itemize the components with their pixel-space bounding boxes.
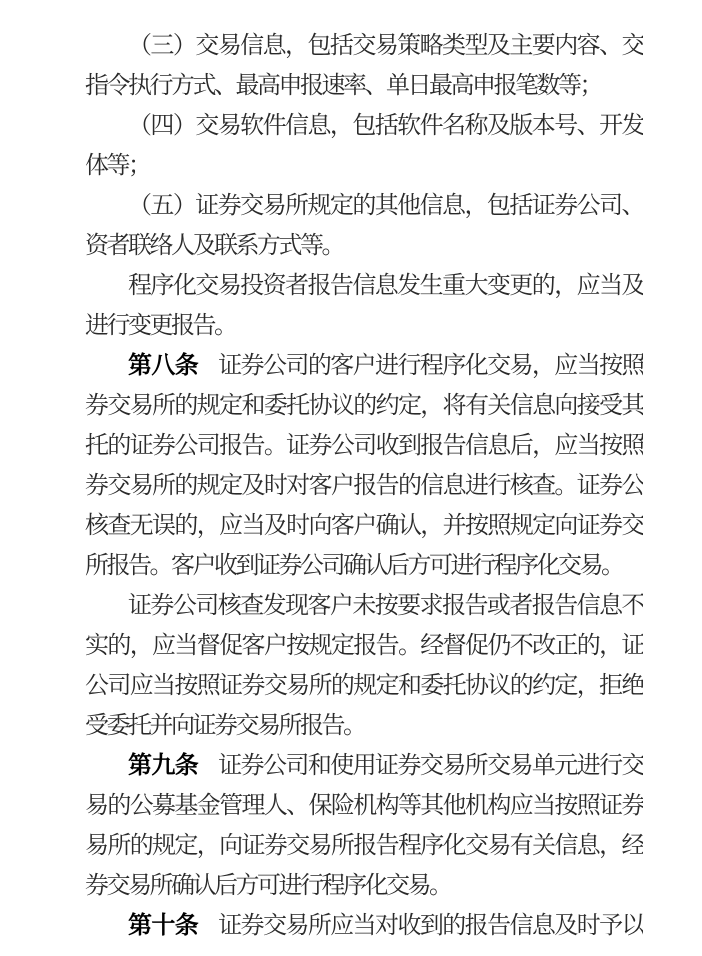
article-number: 第九条 — [128, 752, 198, 779]
text-line-6: 资者联络人及联系方式等。 — [85, 226, 643, 266]
line-text: 托的证券公司报告。证券公司收到报告信息后，应当按照证 — [85, 433, 643, 466]
line-text: 体等； — [85, 153, 150, 179]
line-text: 券交易所的规定和委托协议的约定，将有关信息向接受其委 — [85, 393, 643, 426]
document-page: （三）交易信息，包括交易策略类型及主要内容、交易指令执行方式、最高申报速率、单日… — [0, 0, 702, 956]
line-text: 证券公司核查发现客户未按要求报告或者报告信息不 — [128, 593, 643, 619]
line-text: 受委托并向证券交易所报告。 — [85, 713, 365, 739]
text-line-7: 程序化交易投资者报告信息发生重大变更的，应当及时 — [85, 266, 643, 306]
text-line-23: 第十条证券交易所应当对收到的报告信息及时予以 — [85, 906, 643, 946]
line-text: 易所的规定，向证券交易所报告程序化交易有关信息，经证 — [85, 833, 643, 866]
line-text: 券交易所的规定及时对客户报告的信息进行核查。证券公司 — [85, 473, 643, 506]
document-body: （三）交易信息，包括交易策略类型及主要内容、交易指令执行方式、最高申报速率、单日… — [85, 26, 643, 946]
line-text: 实的，应当督促客户按规定报告。经督促仍不改正的，证券 — [85, 633, 643, 666]
text-line-21: 易所的规定，向证券交易所报告程序化交易有关信息，经证 — [85, 826, 643, 866]
line-text: 核查无误的，应当及时向客户确认，并按照规定向证券交易 — [85, 513, 643, 546]
text-line-20: 易的公募基金管理人、保险机构等其他机构应当按照证券交 — [85, 786, 643, 826]
text-line-4: 体等； — [85, 146, 643, 186]
article-number: 第十条 — [128, 912, 198, 939]
line-text: 指令执行方式、最高申报速率、单日最高申报笔数等； — [85, 73, 601, 99]
text-line-18: 受委托并向证券交易所报告。 — [85, 706, 643, 746]
text-line-13: 核查无误的，应当及时向客户确认，并按照规定向证券交易 — [85, 506, 643, 546]
text-line-19: 第九条证券公司和使用证券交易所交易单元进行交 — [85, 746, 643, 786]
text-line-11: 托的证券公司报告。证券公司收到报告信息后，应当按照证 — [85, 426, 643, 466]
text-line-8: 进行变更报告。 — [85, 306, 643, 346]
line-text: 进行变更报告。 — [85, 313, 236, 339]
text-line-3: （四）交易软件信息，包括软件名称及版本号、开发主 — [85, 106, 643, 146]
line-text: 易的公募基金管理人、保险机构等其他机构应当按照证券交 — [85, 793, 643, 826]
line-text: 所报告。客户收到证券公司确认后方可进行程序化交易。 — [85, 553, 623, 579]
article-number: 第八条 — [128, 352, 198, 379]
text-line-9: 第八条证券公司的客户进行程序化交易，应当按照证 — [85, 346, 643, 386]
text-line-14: 所报告。客户收到证券公司确认后方可进行程序化交易。 — [85, 546, 643, 586]
line-text: 公司应当按照证券交易所的规定和委托协议的约定，拒绝接 — [85, 673, 643, 706]
line-text: 证券交易所应当对收到的报告信息及时予以 — [218, 913, 643, 939]
line-text: （五）证券交易所规定的其他信息，包括证券公司、投 — [85, 193, 643, 226]
text-line-16: 实的，应当督促客户按规定报告。经督促仍不改正的，证券 — [85, 626, 643, 666]
text-line-17: 公司应当按照证券交易所的规定和委托协议的约定，拒绝接 — [85, 666, 643, 706]
line-text: 程序化交易投资者报告信息发生重大变更的，应当及时 — [85, 273, 643, 306]
line-text: 证券公司和使用证券交易所交易单元进行交 — [218, 753, 643, 779]
text-line-15: 证券公司核查发现客户未按要求报告或者报告信息不 — [85, 586, 643, 626]
line-text: 券交易所确认后方可进行程序化交易。 — [85, 873, 451, 899]
text-line-10: 券交易所的规定和委托协议的约定，将有关信息向接受其委 — [85, 386, 643, 426]
text-line-1: （三）交易信息，包括交易策略类型及主要内容、交易 — [85, 26, 643, 66]
text-line-22: 券交易所确认后方可进行程序化交易。 — [85, 866, 643, 906]
text-line-2: 指令执行方式、最高申报速率、单日最高申报笔数等； — [85, 66, 643, 106]
line-text: 资者联络人及联系方式等。 — [85, 233, 343, 259]
text-line-12: 券交易所的规定及时对客户报告的信息进行核查。证券公司 — [85, 466, 643, 506]
text-line-5: （五）证券交易所规定的其他信息，包括证券公司、投 — [85, 186, 643, 226]
line-text: （四）交易软件信息，包括软件名称及版本号、开发主 — [85, 113, 643, 146]
line-text: （三）交易信息，包括交易策略类型及主要内容、交易 — [85, 33, 643, 66]
